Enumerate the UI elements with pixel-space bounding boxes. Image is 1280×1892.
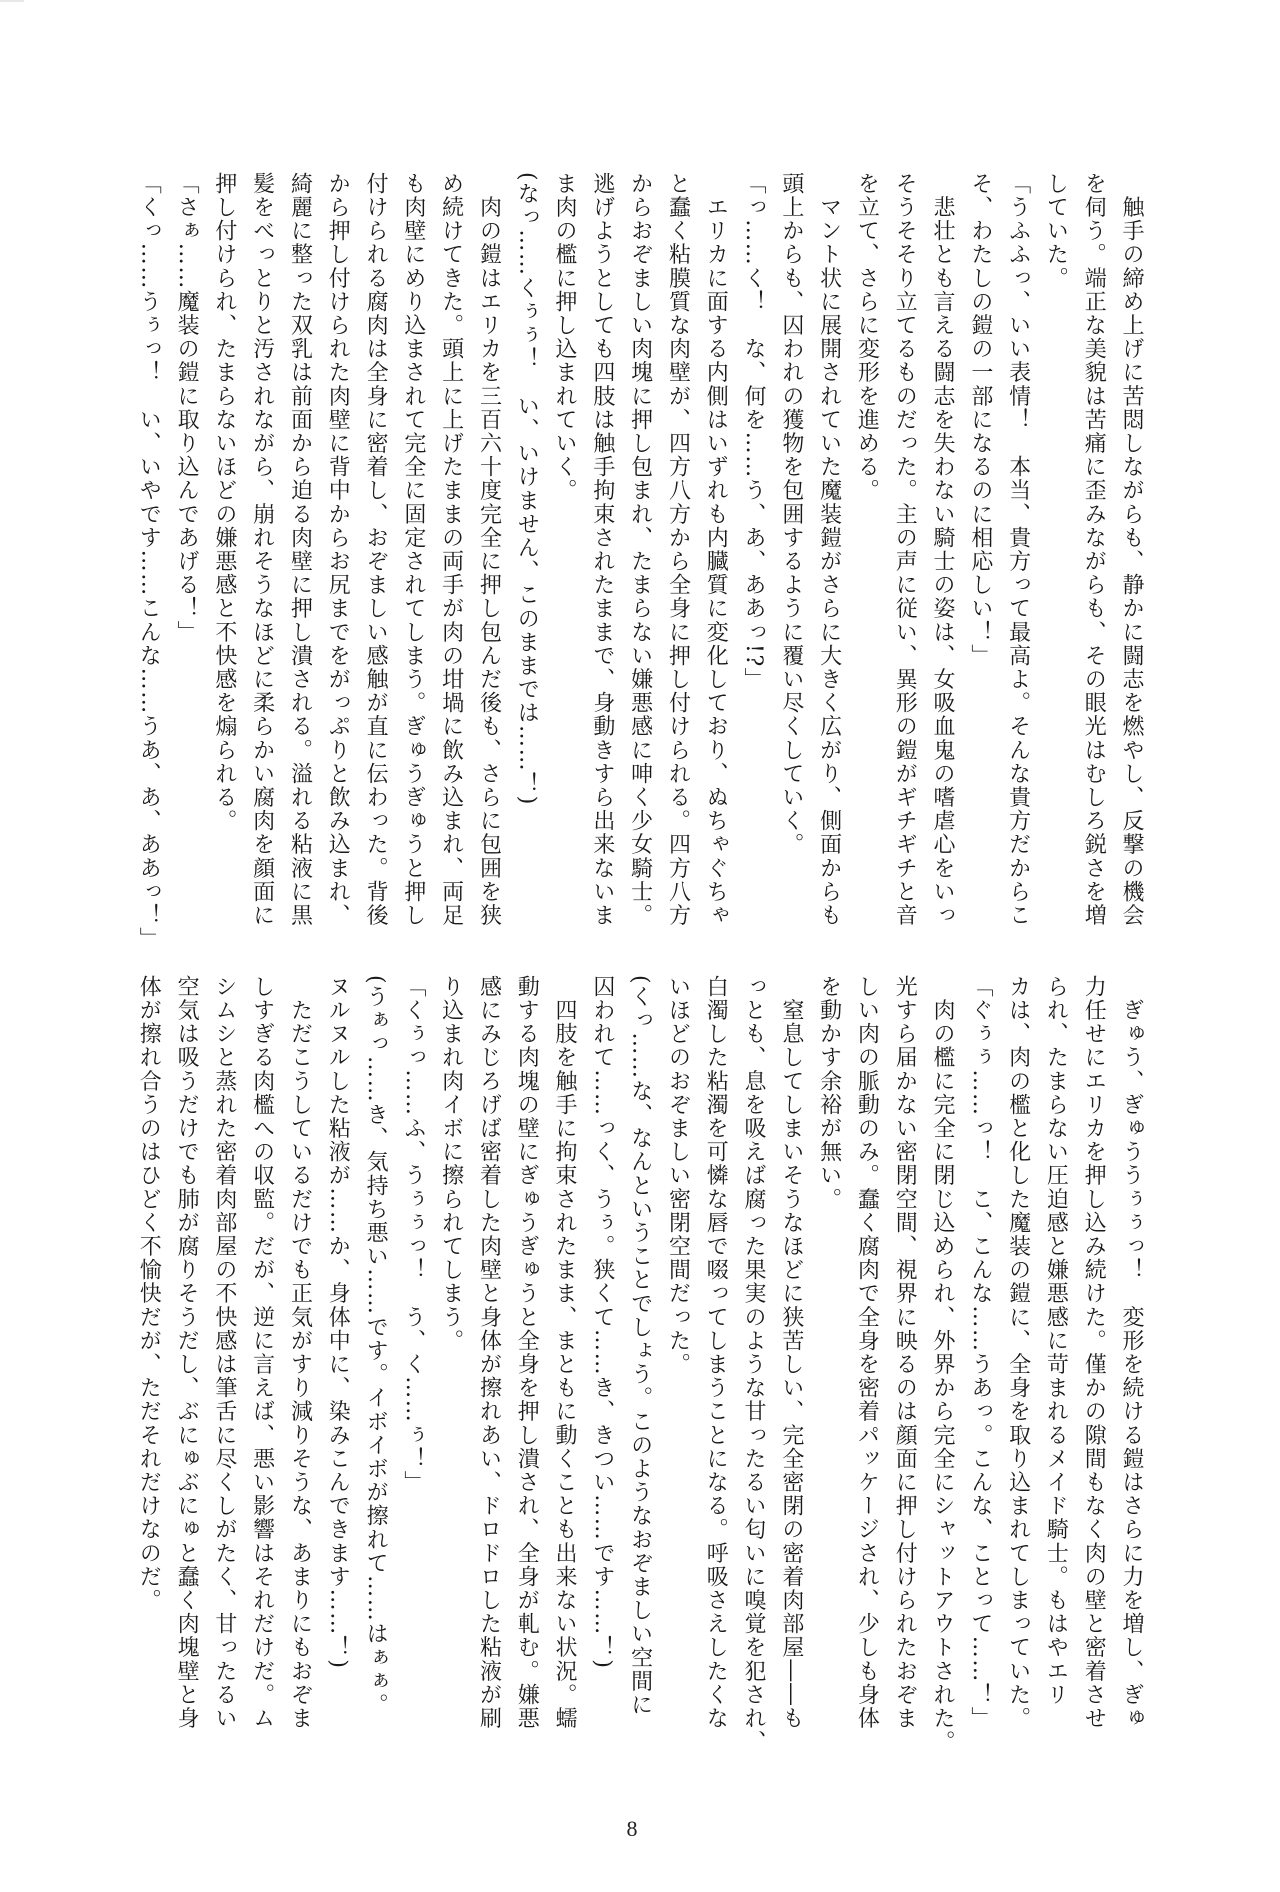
text-column: 「くぅっ……ふ、うぅぅっ！ う、く……ぅ！」 (394, 975, 432, 1735)
text-column: ま肉の檻に押し込まれていく。 (545, 172, 583, 932)
text-column: を立て、さらに変形を進める。 (848, 172, 886, 932)
text-column: 囚われて……っく、うぅ。狭くて……き、きつい……です……！) (583, 975, 621, 1735)
text-column: も肉壁にめり込まされて完全に固定されてしまう。ぎゅうぎゅうと押し (394, 172, 432, 932)
text-column: 窒息してしまいそうなほどに狭苦しい、完全密閉の密着肉部屋――も (772, 975, 810, 1735)
text-column: そ、わたしの鎧の一部になるのに相応しい！」 (961, 172, 999, 932)
text-column: 肉の檻に完全に閉じ込められ、外界から完全にシャットアウトされた。 (923, 975, 961, 1735)
text-column: を動かす余裕が無い。 (810, 975, 848, 1735)
text-column: からおぞましい肉塊に押し包まれ、たまらない嫌悪感に呻く少女騎士。 (621, 172, 659, 932)
text-column: 白濁した粘濁を可憐な唇で啜ってしまうことになる。呼吸さえしたくな (696, 975, 734, 1735)
text-column: 悲壮とも言える闘志を失わない騎士の姿は、女吸血鬼の嗜虐心をいっ (923, 172, 961, 932)
text-column: を伺う。端正な美貌は苦痛に歪みながらも、その眼光はむしろ鋭さを増 (1074, 172, 1112, 932)
text-column: られ、たまらない圧迫感と嫌悪感に苛まれるメイド騎士。もはやエリ (1037, 975, 1075, 1735)
text-column: ぎゅう、ぎゅううぅぅっ！ 変形を続ける鎧はさらに力を増し、ぎゅ (1112, 975, 1150, 1735)
text-column: エリカに面する内側はいずれも内臓質に変化しており、ぬちゃぐちゃ (696, 172, 734, 932)
scan-mark (0, 0, 24, 2)
text-column: 「っ……く！ な、何を……う、あ、ああっ!?」 (734, 172, 772, 932)
text-block-lower: ぎゅう、ぎゅううぅぅっ！ 変形を続ける鎧はさらに力を増し、ぎゅ力任せにエリカを押… (130, 975, 1150, 1735)
text-column: っとも、息を吸えば腐った果実のような甘ったるい匂いに嗅覚を犯され、 (734, 975, 772, 1735)
text-column: 付けられる腐肉は全身に密着し、おぞましい感触が直に伝わった。背後 (356, 172, 394, 932)
text-column: 体が擦れ合うのはひどく不愉快だが、ただそれだけなのだ。 (129, 975, 167, 1735)
text-column: と蠢く粘膜質な肉壁が、四方八方から全身に押し付けられる。四方八方 (659, 172, 697, 932)
text-column: 髪をべっとりと汚されながら、崩れそうなほどに柔らかい腐肉を顔面に (243, 172, 281, 932)
text-column: 光すら届かない密閉空間、視界に映るのは顔面に押し付けられたおぞま (885, 975, 923, 1735)
text-column: 押し付けられ、たまらないほどの嫌悪感と不快感を煽られる。 (205, 172, 243, 932)
text-column: 逃げようとしても四肢は触手拘束されたままで、身動きすら出来ないま (583, 172, 621, 932)
text-column: 綺麗に整った双乳は前面から迫る肉壁に押し潰される。溢れる粘液に黒 (281, 172, 319, 932)
text-column: 「さぁ……魔装の鎧に取り込んであげる！」 (167, 172, 205, 932)
text-column: (うぁっ……き、気持ち悪い……です。イボイボが擦れて……はぁぁ。 (356, 975, 394, 1735)
text-column: しすぎる肉檻への収監。だが、逆に言えば、悪い影響はそれだけだ。ム (243, 975, 281, 1735)
text-column: 動する肉塊の壁にぎゅうぎゅうと全身を押し潰され、全身が軋む。嫌悪 (507, 975, 545, 1735)
text-column: しい肉の脈動のみ。蠢く腐肉で全身を密着パッケージされ、少しも身体 (848, 975, 886, 1735)
text-column: から押し付けられた肉壁に背中からお尻までをがっぷりと飲み込まれ、 (318, 172, 356, 932)
text-column: 感にみじろげば密着した肉壁と身体が擦れあい、ドロドロした粘液が刷 (470, 975, 508, 1735)
text-block-upper: 触手の締め上げに苦悶しながらも、静かに闘志を燃やし、反撃の機会を伺う。端正な美貌… (130, 172, 1150, 932)
text-column: 「くっ……うぅっ！ い、いやです……こんな……うあ、あ、ああっ！」 (129, 172, 167, 932)
text-column: 肉の鎧はエリカを三百六十度完全に押し包んだ後も、さらに包囲を狭 (470, 172, 508, 932)
text-column: 「うふふっ、いい表情！ 本当、貴方って最高よ。そんな貴方だからこ (999, 172, 1037, 932)
text-column: め続けてきた。頭上に上げたままの両手が肉の坩堝に飲み込まれ、両足 (432, 172, 470, 932)
text-column: そうそそり立てるものだった。主の声に従い、異形の鎧がギチギチと音 (885, 172, 923, 932)
text-column: 四肢を触手に拘束されたまま、まともに動くことも出来ない状況。蠕 (545, 975, 583, 1735)
text-column: いほどのおぞましい密閉空間だった。 (659, 975, 697, 1735)
text-column: ヌルヌルした粘液が……か、身体中に、染みこんできます……！) (318, 975, 356, 1735)
page-number: 8 (620, 1816, 644, 1842)
text-column: していた。 (1037, 172, 1075, 932)
text-column: 触手の締め上げに苦悶しながらも、静かに闘志を燃やし、反撃の機会 (1112, 172, 1150, 932)
text-column: カは、肉の檻と化した魔装の鎧に、全身を取り込まれてしまっていた。 (999, 975, 1037, 1735)
text-column: シムシと蒸れた密着肉部屋の不快感は筆舌に尽くしがたく、甘ったるい (205, 975, 243, 1735)
text-column: マント状に展開されていた魔装鎧がさらに大きく広がり、側面からも (810, 172, 848, 932)
text-column: 空気は吸うだけでも肺が腐りそうだし、ぶにゅぶにゅと蠢く肉塊壁と身 (167, 975, 205, 1735)
text-column: 力任せにエリカを押し込み続けた。僅かの隙間もなく肉の壁と密着させ (1074, 975, 1112, 1735)
text-column: り込まれ肉イボに擦られてしまう。 (432, 975, 470, 1735)
text-column: (なっ……くぅぅ！ い、いけません、このままでは……！) (507, 172, 545, 932)
text-column: 頭上からも、囚われの獲物を包囲するように覆い尽くしていく。 (772, 172, 810, 932)
text-column: ただこうしているだけでも正気がすり減りそうな、あまりにもおぞま (281, 975, 319, 1735)
text-column: 「ぐぅぅ……っ！ こ、こんな……うあっ。こんな、ことって……！」 (961, 975, 999, 1735)
text-column: (くっ……な、なんということでしょう。このようなおぞましい空間に (621, 975, 659, 1735)
